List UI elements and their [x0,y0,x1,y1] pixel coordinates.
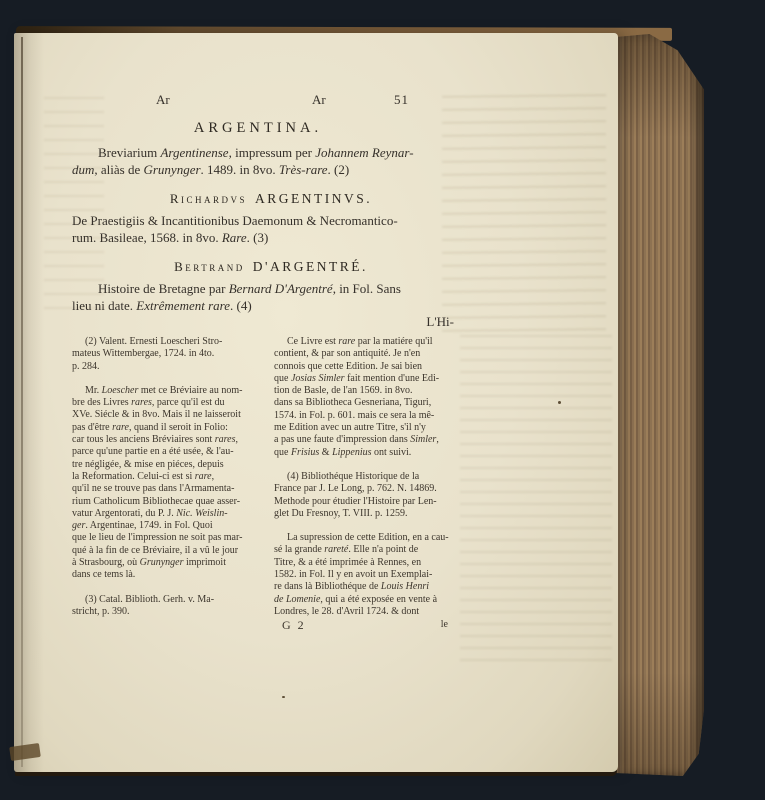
text-line: qué à la fin de ce Bréviaire, il a vû le… [72,545,254,557]
entry-richardus: De Praestigiis & Incantitionibus Daemonu… [72,213,470,246]
paper-speck [558,401,561,404]
text-line: p. 284. [72,361,254,373]
text-line: dans sa Bibliotheca Gesneriana, Tiguri, [274,397,470,409]
signature-mark: G 2 [274,619,306,631]
text-line: parce qu'une partie en a été usée, & l'a… [72,446,254,458]
text-line: pas d'être rare, quand il seroit in Foli… [72,422,254,434]
paper-speck [282,696,285,698]
footnotes: (2) Valent. Ernesti Loescheri Stro-mateu… [72,336,470,632]
book-fore-edge [616,34,704,776]
text-line: lieu ni date. Extrêmement rare. (4) [72,298,470,315]
entry-bertrand: Histoire de Bretagne par Bernard D'Argen… [72,281,470,314]
section-title: ARGENTINA. [72,120,470,137]
text-line: sé la grande rareté. Elle n'a point de [274,544,470,556]
text-line: tion de Basle, de l'an 1569. in 8vo. [274,385,470,397]
text-line: que Frisius & Lippenius ont suivi. [274,447,470,459]
bleed-through-ghost [460,335,612,663]
heading-last-name: D'ARGENTRÉ. [253,259,368,274]
text-line: ger. Argentinae, 1749. in Fol. Quoi [72,520,254,532]
text-line: Breviarium Argentinense, impressum per J… [72,145,470,162]
text-line: que Josias Simler fait mention d'une Edi… [274,373,470,385]
running-head: Ar Ar 51 [72,92,470,108]
footnote-column-left: (2) Valent. Ernesti Loescheri Stro-mateu… [72,336,254,632]
text-line: Titre, & a été imprimée à Rennes, en [274,557,470,569]
heading-first-name: Richardvs [170,191,247,206]
book-page: Ar Ar 51 ARGENTINA. Breviarium Argentine… [14,33,618,772]
text-line: Ce Livre est rare par la matiére qu'il [274,336,470,348]
heading-first-name: Bertrand [174,259,245,274]
text-line: rium Catholicum Bibliothecae quae asser- [72,496,254,508]
running-head-right: Ar [312,92,326,108]
text-line: Methode pour étudier l'Histoire par Len- [274,496,470,508]
text-line: Mr. Loescher met ce Bréviaire au nom- [72,385,254,397]
text-line: connois que cette Edition. Je sai bien [274,361,470,373]
heading-last-name: ARGENTINVS. [255,191,372,206]
text-line: 1574. in Fol. p. 601. mais ce sera la mê… [274,410,470,422]
text-line: re dans là Bibliothéque de Louis Henri [274,581,470,593]
catchword: L'Hi- [426,314,454,329]
text-line: a pas une faute d'impression dans Simler… [274,434,470,446]
text-line: que le lieu de l'impression ne soit pas … [72,532,254,544]
text-line: rum. Basileae, 1568. in 8vo. Rare. (3) [72,230,470,247]
text-line: glet Du Fresnoy, T. VIII. p. 1259. [274,508,470,520]
text-line: de Lomenie, qui a été exposée en vente à [274,594,470,606]
signature-catchword-row: G 2le [274,619,470,631]
text-line: à Strasbourg, où Grunynger imprimoit [72,557,254,569]
text-line: Histoire de Bretagne par Bernard D'Argen… [72,281,470,298]
text-line: (3) Catal. Biblioth. Gerh. v. Ma- [72,594,254,606]
text-line: dum, aliàs de Grunynger. 1489. in 8vo. T… [72,162,470,179]
footnote-column-right: Ce Livre est rare par la matiére qu'ilco… [274,336,470,632]
text-line: bre des Livres rares, parce qu'il est du [72,397,254,409]
heading-richardus-argentinus: RichardvsARGENTINVS. [72,190,470,208]
text-line: La supression de cette Edition, en a cau… [274,532,470,544]
text-line: 1582. in Fol. Il y en avoit un Exemplai- [274,569,470,581]
gutter-shadow [14,33,44,772]
page-number: 51 [394,92,409,108]
text-line: car tous les anciens Bréviaires sont rar… [72,434,254,446]
catchword: le [441,619,470,631]
heading-bertrand-dargentre: BertrandD'ARGENTRÉ. [72,258,470,276]
text-line: me Edition avec un autre Titre, s'il n'y [274,422,470,434]
text-line: De Praestigiis & Incantitionibus Daemonu… [72,213,470,230]
text-line: XVe. Siécle & in 8vo. Mais il ne laisser… [72,409,254,421]
text-line: France par J. Le Long, p. 762. N. 14869. [274,483,470,495]
catchword-line: L'Hi- [72,315,470,329]
text-line: vatur Argentorati, du P. J. Nic. Weislin… [72,508,254,520]
text-line: (4) Bibliothéque Historique de la [274,471,470,483]
text-line: la Reformation. Celui-ci est si rare, [72,471,254,483]
text-line: stricht, p. 390. [72,606,254,618]
entry-argentina: Breviarium Argentinense, impressum per J… [72,145,470,178]
text-line: mateus Wittembergae, 1724. in 4to. [72,348,254,360]
running-head-left: Ar [156,92,170,108]
gutter-crease [21,37,23,767]
text-line: Londres, le 28. d'Avril 1724. & dont [274,606,470,618]
text-line: dans ce tems là. [72,569,254,581]
book-photo: Ar Ar 51 ARGENTINA. Breviarium Argentine… [0,0,765,800]
text-line: qu'il ne se trouve pas dans l'Armamenta- [72,483,254,495]
text-line: contient, & par son antiquité. Je n'en [274,348,470,360]
text-line: (2) Valent. Ernesti Loescheri Stro- [72,336,254,348]
page-text-area: Ar Ar 51 ARGENTINA. Breviarium Argentine… [72,92,470,632]
text-line: tre négligée, & mise en piéces, depuis [72,459,254,471]
